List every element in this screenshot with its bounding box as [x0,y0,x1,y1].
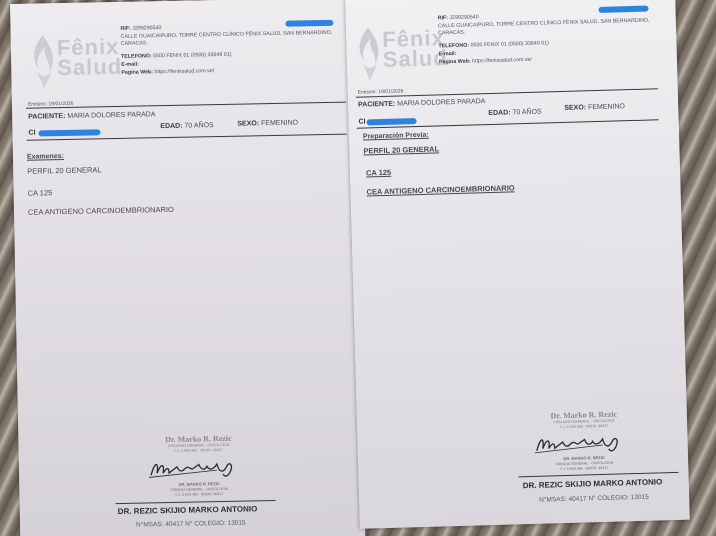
patient-name: PACIENTE: MARIA DOLORES PARADA [28,111,155,120]
age-value: 70 AÑOS [512,109,541,117]
emission-label: Emision: [358,89,377,96]
seal-name: DR. MARKO R. REZIC [179,481,220,487]
fenix-salud-logo: Fênix Salud [29,32,130,94]
rif-value: J299290540 [132,25,161,32]
section-title-examenes: Examenes: [27,153,64,161]
doctor-registration: N°MSAS: 40417 N° COLEGIO: 13015 [136,520,246,529]
flame-logo-icon [354,25,384,82]
doctor-stamp: Dr. Marko R. Rezic CIRUJANO GENERAL - ON… [529,409,639,431]
flame-logo-icon [29,33,58,90]
patient-sex: SEXO: FEMENINO [564,103,625,112]
lab-order-page-examenes: Fênix Salud RIF: J299290540 CALLE GUAICA… [10,0,365,536]
age-value: 70 AÑOS [184,122,213,130]
exam-item: PERFIL 20 GENERAL [363,144,439,155]
doctor-name: DR. REZIC SKIJIO MARKO ANTONIO [523,477,663,490]
patient-name-value: MARIA DOLORES PARADA [67,111,155,120]
patient-name-label: PACIENTE: [358,101,395,109]
signature-icon [147,456,242,482]
rif-label: RIF: [120,26,130,32]
doctor-seal: DR. MARKO R. REZIC CIRUGIA GENERAL - ONC… [149,480,249,498]
age-label: EDAD: [488,109,510,117]
patient-age: EDAD: 70 AÑOS [160,122,213,130]
sex-label: SEXO: [564,104,586,112]
exam-item: CEA ANTIGENO CARCINOEMBRIONARIO [366,183,514,196]
web-label: Pagina Web: [439,59,471,66]
redacted-ci [367,118,417,125]
patient-ci: CI [358,118,365,125]
doctor-registration: N°MSAS: 40417 N° COLEGIO: 13015 [539,494,649,504]
sex-value: FEMENINO [588,103,625,111]
patient-sex: SEXO: FEMENINO [237,119,298,127]
logo-text-salud: Salud [57,56,122,79]
phone-value: 0500 FENIX 01 (0500) 33649 01) [470,40,548,48]
stamp-id: C.I. 6.944.465 - MSDS: 40417 [144,447,254,454]
signature-icon [532,430,628,457]
rif-value: J299290540 [449,14,478,21]
phone-label: TELEFONO: [121,53,152,60]
emission-value: 19/01/2026 [378,88,403,95]
sex-value: FEMENINO [261,119,298,127]
email-label: E-mail: [439,51,457,57]
web-value: https://fenixsalud.com.ve/ [472,57,532,65]
lab-order-page-preparacion: Fênix Salud RIF: J299290540 CALLE GUAICA… [345,0,690,529]
signature-line [519,472,679,477]
sex-label: SEXO: [237,120,259,127]
exam-item: CA 125 [28,188,53,197]
exam-item: PERFIL 20 GENERAL [27,165,102,175]
web-value: https://fenixsalud.com.ve/ [154,68,214,75]
doctor-seal: DR. MARKO R. REZIC CIRUGIA GENERAL - ONC… [534,454,634,473]
email-label: E-mail: [121,62,139,68]
patient-name-label: PACIENTE: [28,113,65,121]
patient-name: PACIENTE: MARIA DOLORES PARADA [358,98,485,109]
doctor-name: DR. REZIC SKIJIO MARKO ANTONIO [118,504,258,516]
patient-age: EDAD: 70 AÑOS [488,109,541,117]
web-label: Pagina Web: [121,69,153,76]
age-label: EDAD: [160,123,182,130]
ci-label: CI [358,118,365,125]
ci-label: CI [28,130,35,137]
divider-line [26,102,346,109]
section-title-preparacion: Preparación Previa: [363,132,429,141]
clinic-header-info: RIF: J299290540 CALLE GUAICAIPURO, TORRE… [120,22,346,78]
patient-name-value: MARIA DOLORES PARADA [397,98,485,107]
phone-label: TELEFONO: [438,43,469,50]
doctor-stamp: Dr. Marko R. Rezic CIRUJANO GENERAL - ON… [143,433,253,454]
rif-label: RIF: [438,15,448,21]
exam-item: CEA ANTIGENO CARCINOEMBRIONARIO [28,205,174,217]
seal-id: C.I. 6.944.465 - MSDS: 40417 [149,491,249,498]
patient-ci: CI [28,130,35,137]
exam-item: CA 125 [366,168,391,178]
redacted-ci [38,129,100,136]
phone-value: 0500 FENIX 01 (0500) 33649 01) [153,52,231,60]
clinic-header-info: RIF: J299290540 CALLE GUAICAIPURO, TORRE… [438,9,664,67]
